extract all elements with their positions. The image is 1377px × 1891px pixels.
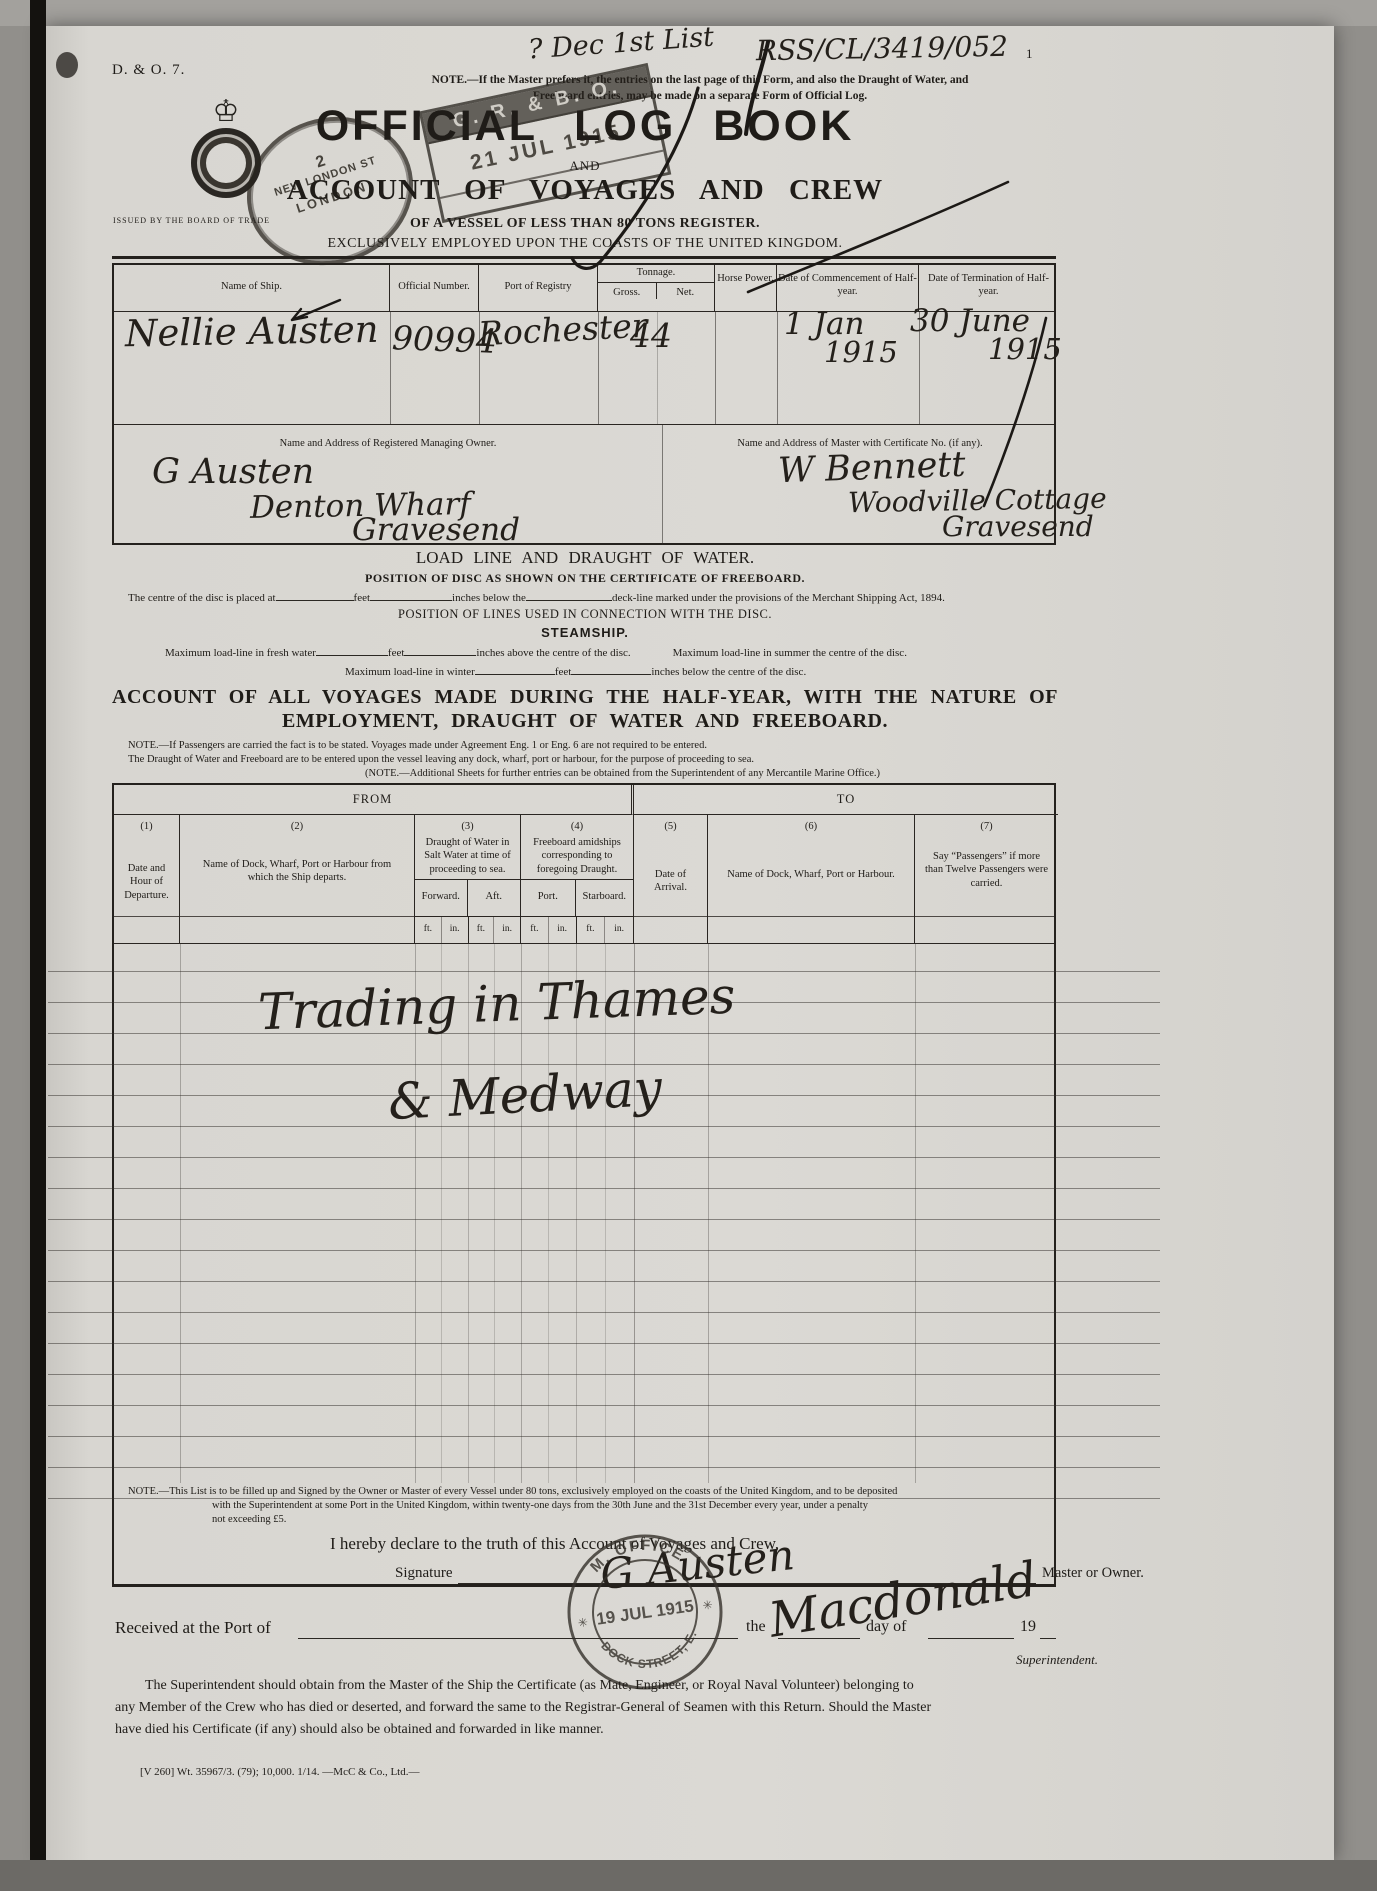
blank-feet <box>276 589 354 601</box>
fresh-text-d: Maximum load-line in summer the centre o… <box>673 647 907 659</box>
owner-label: Name and Address of Registered Managing … <box>114 437 662 450</box>
empty-voyage-row <box>48 1127 1160 1158</box>
signature-label: Signature <box>395 1565 453 1582</box>
svg-text:M. OFFICE: M. OFFICE <box>584 1531 689 1578</box>
ship-entry-rule <box>114 424 1054 425</box>
winter-text-a: Maximum load-line in winter <box>345 666 475 678</box>
col1-header: (1) Date and Hour of Departure. <box>114 815 180 943</box>
winter-text-b: feet <box>555 666 571 678</box>
issued-by-line: ISSUED BY THE BOARD OF TRADE <box>113 216 270 225</box>
port-label: Port. <box>521 880 576 916</box>
tonnage-value: 44 <box>630 316 672 355</box>
blank-deckline <box>526 589 612 601</box>
empty-voyage-row <box>48 1220 1160 1251</box>
steamship-label: STEAMSHIP. <box>112 625 1058 640</box>
fresh-text-a: Maximum load-line in fresh water <box>165 647 316 659</box>
col7-header: (7) Say “Passengers” if more than Twelve… <box>915 815 1058 943</box>
empty-voyage-row <box>48 1034 1160 1065</box>
centre-disc-text-a: The centre of the disc is placed at <box>128 592 276 604</box>
deposit-note-line1: NOTE.—This List is to be filled up and S… <box>128 1486 897 1497</box>
svg-text:DOCK STREET, E.: DOCK STREET, E. <box>597 1626 704 1677</box>
freshwater-line: Maximum load-line in fresh waterfeetinch… <box>165 644 907 659</box>
round-stamp-graphic: M. OFFICE DOCK STREET, E. 19 JUL 1915 ✳ … <box>555 1522 736 1703</box>
col4-number: (4) <box>521 820 633 834</box>
owner-master-divider <box>662 424 663 545</box>
col7-label: Say “Passengers” if more than Twelve Pas… <box>915 836 1058 891</box>
empty-voyage-row <box>48 941 1160 972</box>
empty-voyage-row <box>48 1313 1160 1344</box>
header-tonnage-group: Tonnage. Gross. Net. <box>598 265 715 311</box>
centre-disc-line: The centre of the disc is placed atfeeti… <box>128 589 945 604</box>
header-tonnage: Tonnage. <box>598 265 714 283</box>
table-top-rule <box>112 256 1056 259</box>
subtitle: ACCOUNT OF VOYAGES AND CREW <box>112 174 1058 207</box>
header-net: Net. <box>657 283 715 300</box>
winter-line: Maximum load-line in winterfeetinches be… <box>345 663 806 678</box>
round-stamp-date: 19 JUL 1915 <box>595 1596 695 1628</box>
to-header: TO <box>634 785 1058 815</box>
round-stamp-left-star: ✳ <box>577 1615 589 1630</box>
col6-header: (6) Name of Dock, Wharf, Port or Harbour… <box>708 815 915 943</box>
owner-town-value: Gravesend <box>352 512 520 548</box>
forward-label: Forward. <box>415 880 468 916</box>
col2-label: Name of Dock, Wharf, Port or Harbour fro… <box>180 836 414 885</box>
position-lines-line: POSITION OF LINES USED IN CONNECTION WIT… <box>112 607 1058 622</box>
form-code: D. & O. 7. <box>112 62 185 79</box>
col2-header: (2) Name of Dock, Wharf, Port or Harbour… <box>180 815 415 943</box>
year-rule <box>1040 1638 1056 1639</box>
col6-label: Name of Dock, Wharf, Port or Harbour. <box>708 836 914 882</box>
account-note-line3: (NOTE.—Additional Sheets for further ent… <box>365 768 880 779</box>
col7-number: (7) <box>915 820 1058 834</box>
coasts-line: EXCLUSIVELY EMPLOYED UPON THE COASTS OF … <box>112 236 1058 252</box>
owner-name-value: G Austen <box>152 452 314 492</box>
scanned-log-book-page: D. & O. 7. ? Dec 1st List RSS/CL/3419/05… <box>0 0 1377 1891</box>
round-stamp-bottom-text: DOCK STREET, E. <box>597 1626 704 1677</box>
col4-header: (4) Freeboard amidships corresponding to… <box>521 815 634 943</box>
round-stamp-right-star: ✳ <box>702 1598 714 1613</box>
unit-ft: ft. <box>576 917 605 944</box>
col6-number: (6) <box>708 820 914 834</box>
unit-in: in. <box>548 917 576 944</box>
column-divider <box>390 311 391 424</box>
col3-header: (3) Draught of Water in Salt Water at ti… <box>415 815 521 943</box>
centre-disc-text-b: feet <box>354 592 370 604</box>
unit-ft: ft. <box>415 917 441 944</box>
fresh-text-b: feet <box>388 647 404 659</box>
aft-label: Aft. <box>468 880 521 916</box>
column-divider <box>777 311 778 424</box>
winter-text-c: inches below the centre of the disc. <box>651 666 806 678</box>
column-divider <box>715 311 716 424</box>
empty-voyage-row <box>48 1437 1160 1468</box>
col3-subheaders: Forward. Aft. ft. in. ft. in. <box>415 879 520 944</box>
col3-label: Draught of Water in Salt Water at time o… <box>415 836 520 877</box>
fresh-text-c: inches above the centre of the disc. <box>476 647 630 659</box>
empty-voyage-row <box>48 1282 1160 1313</box>
col5-number: (5) <box>634 820 707 834</box>
col1-label: Date and Hour of Departure. <box>114 836 179 903</box>
commencement-value-line2: 1915 <box>824 335 898 369</box>
superintendent-para-line1: The Superintendent should obtain from th… <box>115 1678 914 1694</box>
header-name-of-ship: Name of Ship. <box>114 265 390 311</box>
hole-punch <box>56 52 78 78</box>
header-commencement: Date of Commencement of Half-year. <box>777 265 919 311</box>
header-port-of-registry: Port of Registry <box>479 265 598 311</box>
superintendent-para-line2: any Member of the Crew who has died or d… <box>115 1700 931 1716</box>
col3-units-row: ft. in. ft. in. <box>415 917 520 944</box>
starboard-label: Starboard. <box>576 880 633 916</box>
col3-sub-row: Forward. Aft. <box>415 880 520 917</box>
account-heading-line2: EMPLOYMENT, DRAUGHT OF WATER AND FREEBOA… <box>112 710 1058 733</box>
unit-ft: ft. <box>521 917 548 944</box>
round-stamp-top-text: M. OFFICE <box>584 1531 689 1578</box>
superintendent-para-line3: have died his Certificate (if any) shoul… <box>115 1722 604 1738</box>
deposit-note-line3: not exceeding £5. <box>212 1514 286 1525</box>
col4-units-row: ft. in. ft. in. <box>521 917 633 944</box>
ship-name-value: Nellie Austen <box>125 308 379 355</box>
empty-voyage-row <box>48 1158 1160 1189</box>
units-top-rule <box>114 916 1054 917</box>
account-note-line1: NOTE.—If Passengers are carried the fact… <box>128 740 707 751</box>
empty-voyage-row <box>48 1406 1160 1437</box>
empty-voyage-row <box>48 1251 1160 1282</box>
header-horse-power: Horse Power. <box>715 265 777 311</box>
page-number: 1 <box>1026 46 1033 62</box>
unit-in: in. <box>493 917 520 944</box>
print-code: [V 260] Wt. 35967/3. (79); 10,000. 1/14.… <box>140 1766 419 1778</box>
account-heading-line1: ACCOUNT OF ALL VOYAGES MADE DURING THE H… <box>112 686 1058 709</box>
binding-shadow <box>30 0 46 1891</box>
header-gross: Gross. <box>598 283 657 300</box>
mercantile-office-stamp: M. OFFICE DOCK STREET, E. 19 JUL 1915 ✳ … <box>555 1522 736 1703</box>
empty-voyage-row <box>48 1189 1160 1220</box>
blank-fresh-inches <box>404 644 476 656</box>
unit-in: in. <box>604 917 633 944</box>
centre-disc-text-c: inches below the <box>452 592 526 604</box>
deposit-note-line2: with the Superintendent at some Port in … <box>212 1500 868 1511</box>
received-at-label: Received at the Port of <box>115 1618 271 1638</box>
month-rule <box>928 1638 1014 1639</box>
col1-number: (1) <box>114 820 179 834</box>
and-label: AND <box>112 158 1058 174</box>
scan-background-top <box>0 0 1377 26</box>
blank-inches <box>370 589 452 601</box>
col2-number: (2) <box>180 820 414 834</box>
the-label: the <box>746 1618 766 1636</box>
tonnage-subheaders: Gross. Net. <box>598 283 714 300</box>
main-title: OFFICIAL LOG BOOK <box>112 102 1058 151</box>
blank-winter-feet <box>475 663 555 675</box>
master-or-owner-label: Master or Owner. <box>1042 1565 1144 1582</box>
centre-disc-text-d: deck-line marked under the provisions of… <box>612 592 945 604</box>
archive-reference-number: RSS/CL/3419/052 <box>756 30 1009 67</box>
top-note-line1: NOTE.—If the Master prefers it, the entr… <box>355 74 1045 86</box>
empty-voyage-row <box>48 1375 1160 1406</box>
superintendent-label: Superintendent. <box>1016 1652 1098 1668</box>
blank-fresh-feet <box>316 644 388 656</box>
col5-header: (5) Date of Arrival. <box>634 815 708 943</box>
empty-voyage-row <box>48 1344 1160 1375</box>
header-official-number: Official Number. <box>390 265 479 311</box>
col4-sub-row: Port. Starboard. <box>521 880 633 917</box>
col3-number: (3) <box>415 820 520 834</box>
load-line-title: LOAD LINE AND DRAUGHT OF WATER. <box>112 548 1058 568</box>
year-prefix: 19 <box>1020 1618 1036 1636</box>
col4-label: Freeboard amidships corresponding to for… <box>521 836 633 877</box>
col5-label: Date of Arrival. <box>634 836 707 895</box>
position-disc-line: POSITION OF DISC AS SHOWN ON THE CERTIFI… <box>112 571 1058 586</box>
from-header: FROM <box>114 785 634 815</box>
master-town-value: Gravesend <box>942 510 1094 543</box>
blank-winter-inches <box>571 663 651 675</box>
unit-in: in. <box>441 917 468 944</box>
scan-background-bottom <box>0 1860 1377 1891</box>
termination-value-line2: 1915 <box>988 332 1062 366</box>
unit-ft: ft. <box>468 917 494 944</box>
col4-subheaders: Port. Starboard. ft. in. ft. in. <box>521 879 633 944</box>
top-note-line2: Freeboard entries, may be made on a sepa… <box>355 90 1045 102</box>
account-note-line2: The Draught of Water and Freeboard are t… <box>128 754 754 765</box>
received-port-rule <box>298 1638 738 1639</box>
